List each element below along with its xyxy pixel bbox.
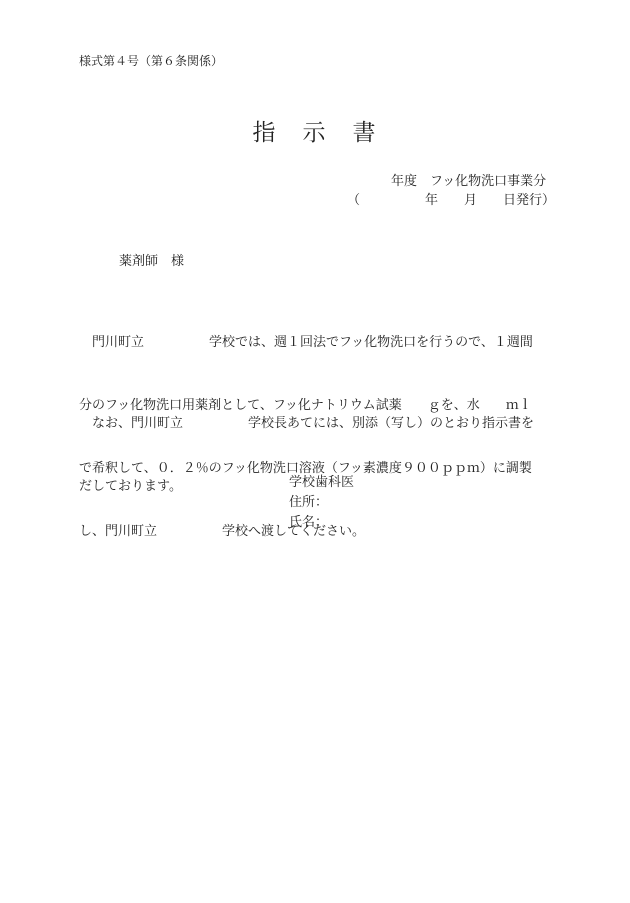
signature-address-label: 住所：	[289, 491, 328, 510]
fiscal-year-line: 年度 フッ化物洗口事業分	[391, 170, 546, 189]
signature-name-label: 氏名：	[289, 511, 328, 530]
form-number: 様式第４号（第６条関係）	[79, 52, 223, 69]
document-title: 指 示 書	[0, 114, 630, 147]
addressee: 薬剤師 様	[119, 250, 184, 269]
signature-role: 学校歯科医	[289, 471, 354, 490]
paragraph-line: なお、門川町立 学校長あてには、別添（写し）のとおり指示書を	[79, 413, 555, 434]
issue-date-line: （ 年 月 日発行）	[347, 189, 555, 208]
paragraph-line: 門川町立 学校では、週１回法でフッ化物洗口を行うので、１週間	[79, 332, 555, 353]
